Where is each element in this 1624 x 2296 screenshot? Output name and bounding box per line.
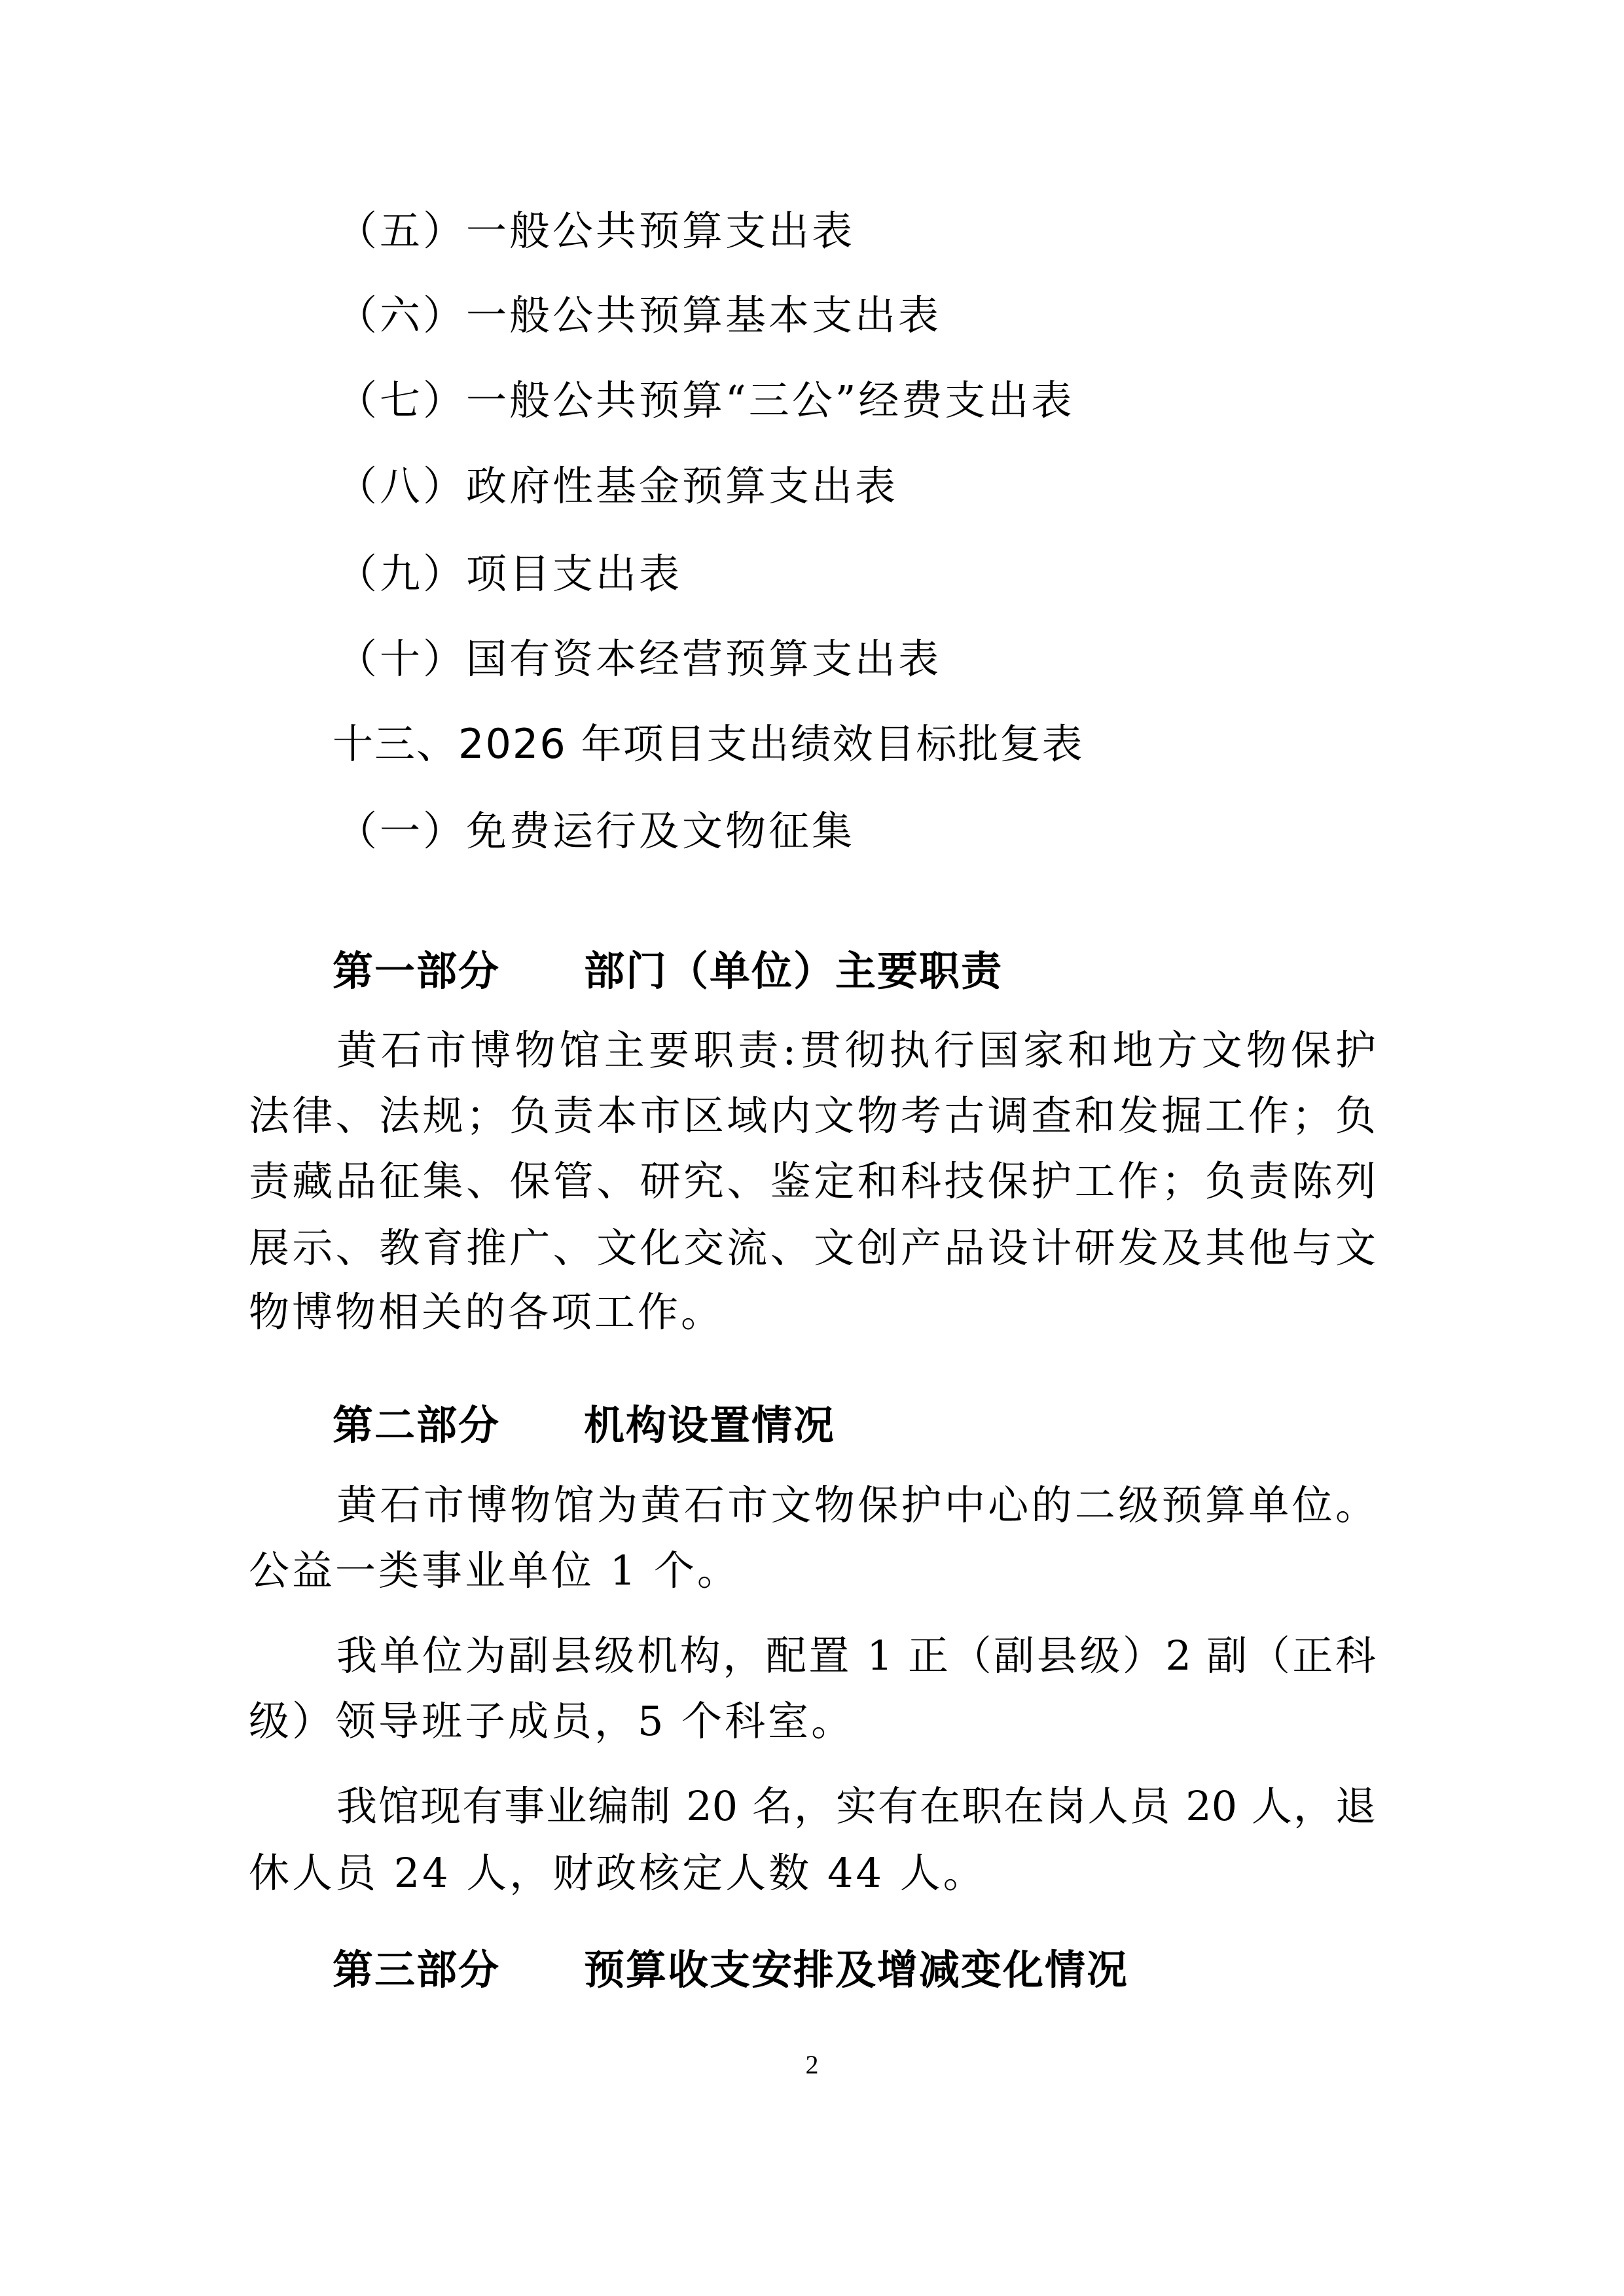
paragraph-line: 公益一类事业单位 1 个。: [249, 1545, 740, 1597]
part3-heading-title: 预算收支安排及增减变化情况: [584, 1946, 1128, 1994]
paragraph-line: 黄石市博物馆为黄石市文物保护中心的二级预算单位。: [336, 1479, 1376, 1532]
paragraph-line: 级）领导班子成员，5 个科室。: [249, 1695, 854, 1748]
toc-item-10: （十）国有资本经营预算支出表: [336, 633, 941, 685]
paragraph-line: 我单位为副县级机构，配置 1 正（副县级）2 副（正科: [336, 1630, 1376, 1682]
part2-heading-number: 第二部分: [333, 1401, 500, 1449]
toc-item-7: （七）一般公共预算“三公”经费支出表: [336, 374, 1074, 427]
paragraph-line: 物博物相关的各项工作。: [249, 1286, 724, 1338]
paragraph-line: 法律、法规；负责本市区域内文物考古调查和发掘工作；负: [249, 1090, 1376, 1142]
paragraph-line: 我馆现有事业编制 20 名，实有在职在岗人员 20 人，退: [336, 1780, 1376, 1833]
toc-section-13-item-1: （一）免费运行及文物征集: [336, 805, 855, 857]
part2-heading-title: 机构设置情况: [584, 1401, 835, 1449]
page-number: 2: [0, 2049, 1624, 2081]
paragraph-line: 黄石市博物馆主要职责:贯彻执行国家和地方文物保护: [336, 1024, 1376, 1077]
part3-heading: 第三部分预算收支安排及增减变化情况: [333, 1944, 1128, 1996]
paragraph-line: 休人员 24 人，财政核定人数 44 人。: [249, 1847, 986, 1899]
paragraph-line: 责藏品征集、保管、研究、鉴定和科技保护工作；负责陈列: [249, 1155, 1376, 1208]
part1-heading-title: 部门（单位）主要职责: [584, 947, 1003, 995]
part2-heading: 第二部分机构设置情况: [333, 1399, 835, 1452]
toc-item-9: （九）项目支出表: [336, 548, 682, 600]
part1-heading: 第一部分部门（单位）主要职责: [333, 945, 1003, 997]
part3-heading-number: 第三部分: [333, 1946, 500, 1994]
toc-item-6: （六）一般公共预算基本支出表: [336, 289, 941, 342]
toc-item-8: （八）政府性基金预算支出表: [336, 460, 898, 512]
paragraph-line: 展示、教育推广、文化交流、文创产品设计研发及其他与文: [249, 1222, 1376, 1274]
toc-section-13-heading: 十三、2026 年项目支出绩效目标批复表: [333, 718, 1084, 770]
toc-item-5: （五）一般公共预算支出表: [336, 205, 855, 257]
part1-heading-number: 第一部分: [333, 947, 500, 995]
